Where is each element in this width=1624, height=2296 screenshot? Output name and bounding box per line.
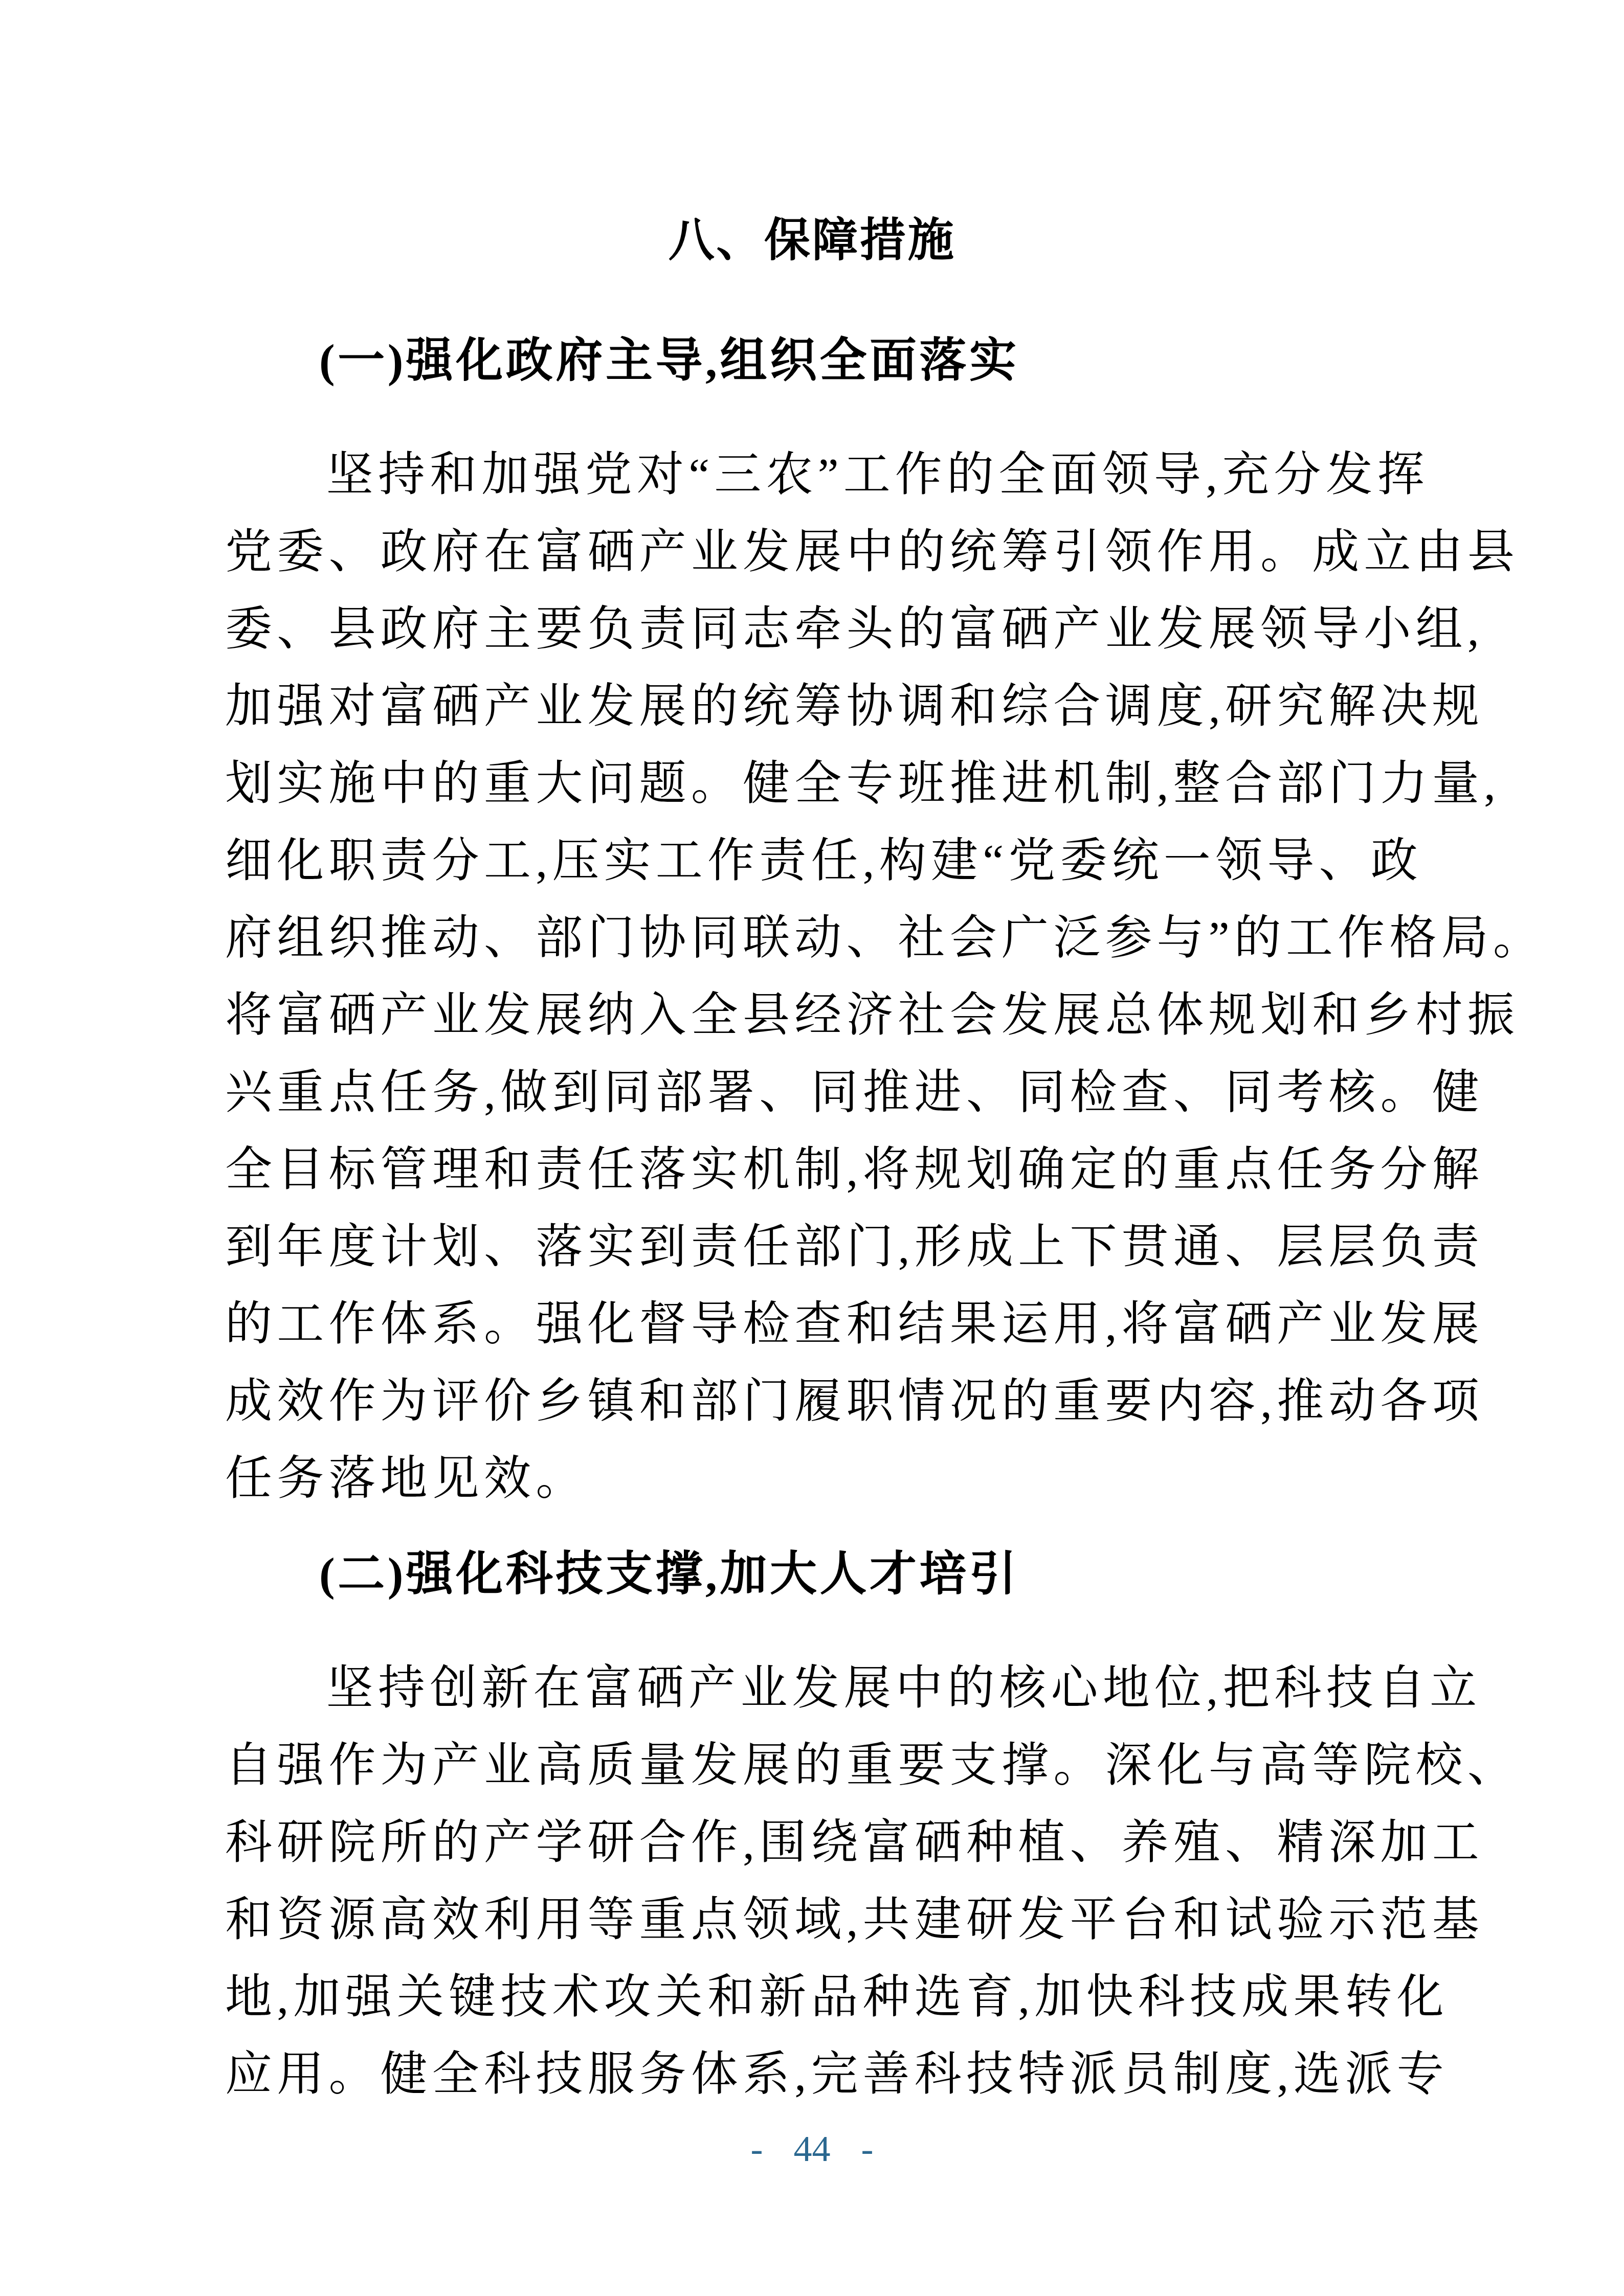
page-number-right-dash: - — [861, 2127, 874, 2170]
paragraph-line: 兴重点任务,做到同部署、同推进、同检查、同考核。健 — [225, 1054, 1399, 1131]
paragraph-line: 应用。健全科技服务体系,完善科技特派员制度,选派专 — [225, 2036, 1399, 2113]
paragraph-line: 加强对富硒产业发展的统筹协调和综合调度,研究解决规 — [225, 668, 1399, 745]
paragraph-line: 自强作为产业高质量发展的重要支撑。深化与高等院校、 — [225, 1727, 1399, 1804]
paragraph-line: 委、县政府主要负责同志牵头的富硒产业发展领导小组, — [225, 591, 1399, 668]
paragraph-line: 科研院所的产学研合作,围绕富硒种植、养殖、精深加工 — [225, 1804, 1399, 1881]
paragraph-line: 和资源高效利用等重点领域,共建研发平台和试验示范基 — [225, 1881, 1399, 1959]
section-2-paragraph: 坚持创新在富硒产业发展中的核心地位,把科技自立自强作为产业高质量发展的重要支撑。… — [225, 1650, 1399, 2113]
document-page: 八、保障措施 (一)强化政府主导,组织全面落实 坚持和加强党对“三农”工作的全面… — [0, 0, 1624, 2296]
paragraph-line: 划实施中的重大问题。健全专班推进机制,整合部门力量, — [225, 745, 1399, 822]
page-number-left-dash: - — [751, 2127, 763, 2170]
paragraph-line: 党委、政府在富硒产业发展中的统筹引领作用。成立由县 — [225, 513, 1399, 591]
section-1-heading: (一)强化政府主导,组织全面落实 — [225, 328, 1399, 393]
paragraph-line: 坚持和加强党对“三农”工作的全面领导,充分发挥 — [225, 436, 1399, 513]
paragraph-line: 坚持创新在富硒产业发展中的核心地位,把科技自立 — [225, 1650, 1399, 1727]
page-number: 44 — [794, 2127, 831, 2170]
section-1-paragraph: 坚持和加强党对“三农”工作的全面领导,充分发挥党委、政府在富硒产业发展中的统筹引… — [225, 436, 1399, 1517]
paragraph-line: 将富硒产业发展纳入全县经济社会发展总体规划和乡村振 — [225, 977, 1399, 1054]
section-2-heading: (二)强化科技支撑,加大人才培引 — [225, 1542, 1399, 1606]
document-title: 八、保障措施 — [225, 212, 1399, 269]
paragraph-line: 细化职责分工,压实工作责任,构建“党委统一领导、政 — [225, 822, 1399, 899]
page-footer: -44- — [225, 2127, 1399, 2170]
paragraph-line: 的工作体系。强化督导检查和结果运用,将富硒产业发展 — [225, 1286, 1399, 1363]
paragraph-line: 任务落地见效。 — [225, 1440, 1399, 1517]
paragraph-line: 地,加强关键技术攻关和新品种选育,加快科技成果转化 — [225, 1959, 1399, 2036]
paragraph-line: 全目标管理和责任落实机制,将规划确定的重点任务分解 — [225, 1131, 1399, 1208]
paragraph-line: 到年度计划、落实到责任部门,形成上下贯通、层层负责 — [225, 1208, 1399, 1286]
paragraph-line: 府组织推动、部门协同联动、社会广泛参与”的工作格局。 — [225, 899, 1399, 977]
paragraph-line: 成效作为评价乡镇和部门履职情况的重要内容,推动各项 — [225, 1363, 1399, 1440]
